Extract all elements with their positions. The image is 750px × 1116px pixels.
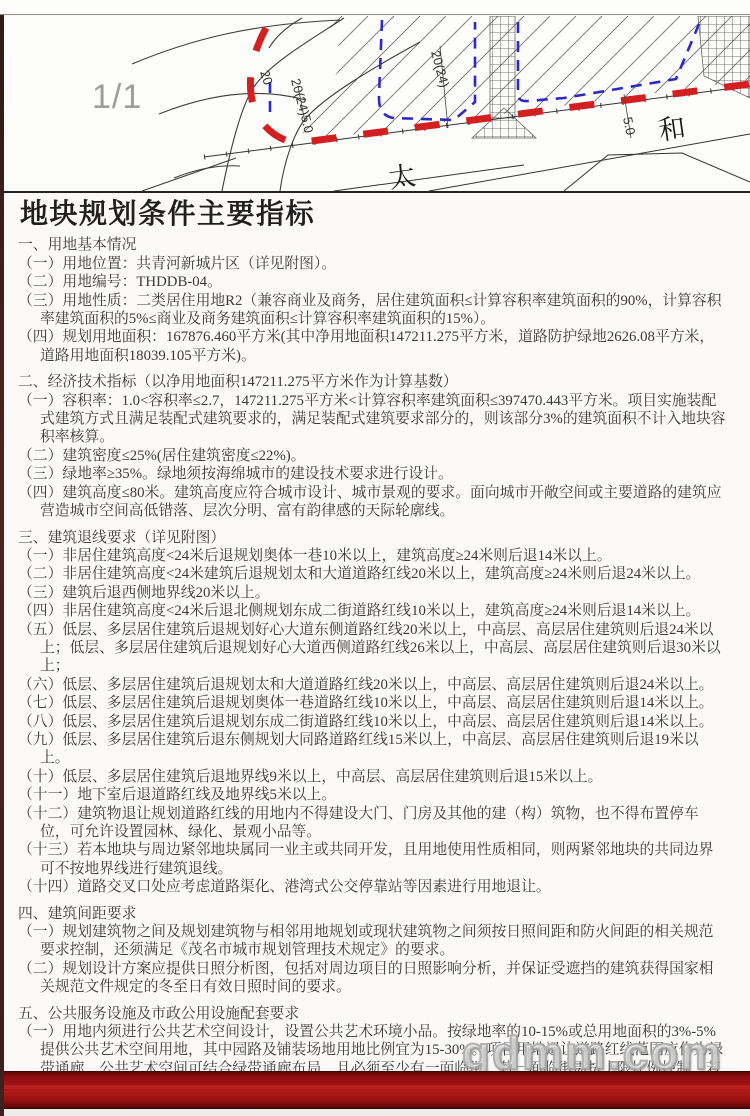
section-item: （五）低层、多层居住建筑后退规划好心大道东侧道路红线20米以上，中高层、高层居住…: [18, 621, 728, 676]
section-item: （十）低层、多层居住建筑后退地界线9米以上，中高层、高层居住建筑则后退15米以上…: [18, 768, 728, 786]
section-item: （十四）道路交叉口处应考虑道路渠化、港湾式公交停靠站等因素进行用地退让。: [18, 878, 728, 896]
road-name-char-he: 和: [657, 112, 688, 145]
document-sections: 一、用地基本情况（一）用地位置：共青河新城片区（详见附图）。（二）用地编号：TH…: [18, 236, 728, 1115]
section-item: （八）低层、多层居住建筑后退规划东成二街道路红线10米以上，中高层、高层居住建筑…: [18, 713, 728, 731]
scanned-document-page: 20 20(24) 20(24) 5.0 5.0 太 和 1/1 地块规划条件主…: [0, 0, 750, 1116]
section-item: （一）容积率：1.0<容积率≤2.7，147211.275平方米<计算容积率建筑…: [18, 392, 728, 447]
page-bottom-border: [0, 1071, 750, 1109]
section-item: （七）低层、多层居住建筑后退规划奥体一巷道路红线10米以上，中高层、高层居住建筑…: [18, 694, 728, 712]
map-document-divider: [4, 191, 750, 193]
section-item: （一）用地位置：共青河新城片区（详见附图）。: [18, 255, 728, 273]
document-title: 地块规划条件主要指标: [20, 206, 728, 224]
section-item: （六）低层、多层居住建筑后退规划太和大道道路红线20米以上，中高层、高层居住建筑…: [18, 676, 728, 694]
section-item: （二）规划设计方案应提供日照分析图，包括对周边项目的日照影响分析，并保证受遮挡的…: [18, 960, 728, 997]
section-item: （四）建筑高度≤80米。建筑高度应符合城市设计、城市景观的要求。面向城市开敞空间…: [18, 484, 728, 521]
section-heading: 五、公共服务设施及市政公用设施配套要求: [18, 1005, 728, 1023]
section-heading: 四、建筑间距要求: [18, 905, 728, 923]
section-heading: 二、经济技术指标（以净用地面积147211.275平方米作为计算基数）: [18, 373, 728, 391]
section-item: （四）规划用地面积：167876.460平方米(其中净用地面积147211.27…: [18, 328, 728, 365]
bottom-border-gloss: [0, 1085, 750, 1089]
section-item: （一）规划建筑物之间及规划建筑物与相邻用地规划或现状建筑物之间须按日照间距和防火…: [18, 923, 728, 960]
section-item: （三）绿地率≥35%。绿地须按海绵城市的建设技术要求进行设计。: [18, 465, 728, 483]
section-heading: 一、用地基本情况: [18, 236, 728, 254]
section-item: （四）非居住建筑高度<24米后退北侧规划东成二街道路红线10米以上，建筑高度≥2…: [18, 602, 728, 620]
section-item: （三）建筑后退西侧地界线20米以上。: [18, 584, 728, 602]
section-item: （一）非居住建筑高度<24米后退规划奥体一巷10米以上，建筑高度≥24米则后退1…: [18, 547, 728, 565]
viewer-top-strip: [0, 0, 750, 15]
section-item: （二）非居住建筑高度<24米建筑后退规划太和大道道路红线20米以上，建筑高度≥2…: [18, 565, 728, 583]
section-item: （二）用地编号：THDDB-04。: [18, 273, 728, 291]
page-left-border: [0, 15, 4, 1116]
site-plan-map: 20 20(24) 20(24) 5.0 5.0 太 和 1/1: [4, 16, 750, 191]
section-item: （十二）建筑物退让规划道路红线的用地内不得建设大门、门房及其他的建（构）筑物，也…: [18, 805, 728, 842]
dim-label-20: 20: [257, 68, 276, 86]
section-heading: 三、建筑退线要求（详见附图）: [18, 529, 728, 547]
dim-label-50-left: 5.0: [298, 114, 316, 135]
section-item: （十一）地下室后退道路红线及地界线5米以上。: [18, 786, 728, 804]
dim-label-50-right: 5.0: [620, 116, 638, 137]
document-body: 地块规划条件主要指标 一、用地基本情况（一）用地位置：共青河新城片区（详见附图）…: [4, 196, 738, 1116]
page-indicator: 1/1: [92, 78, 142, 117]
section-item: （二）建筑密度≤25%(居住建筑密度≤22%)。: [18, 447, 728, 465]
section-item: （九）低层、多层居住建筑后退东侧规划大同路道路红线15米以上，中高层、高层居住建…: [18, 731, 728, 768]
section-item: （十三）若本地块与周边紧邻地块属同一业主或共同开发，且用地使用性质相同，则两紧邻…: [18, 841, 728, 878]
section-item: （三）用地性质：二类居住用地R2（兼容商业及商务，居住建筑面积≤计算容积率建筑面…: [18, 292, 728, 329]
page-bottom-margin: [0, 1109, 750, 1116]
road-name-char-tai: 太: [387, 160, 418, 191]
